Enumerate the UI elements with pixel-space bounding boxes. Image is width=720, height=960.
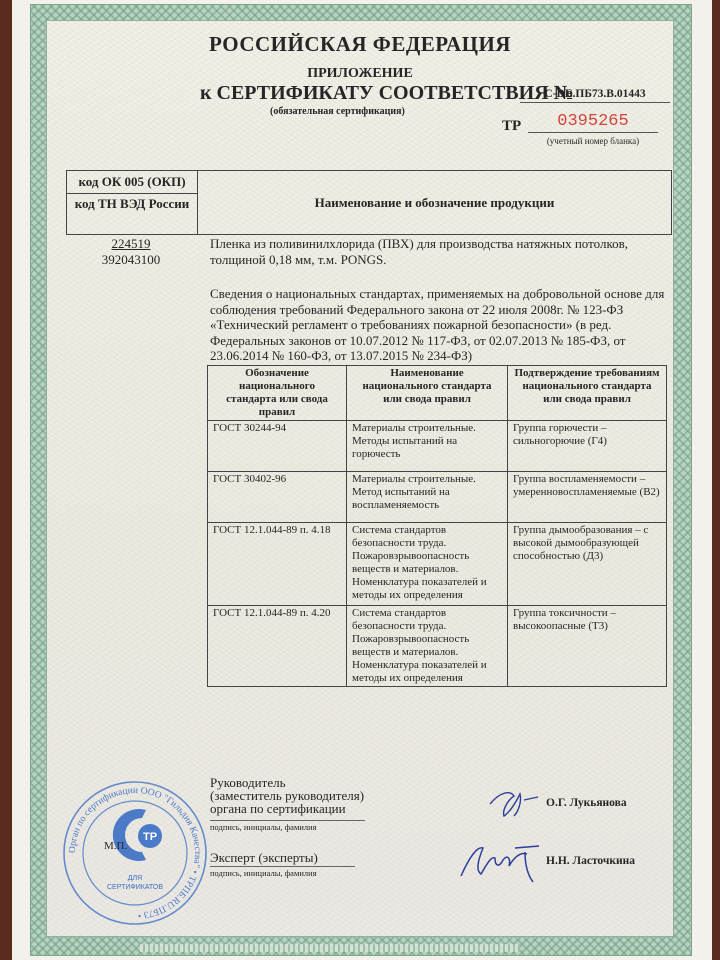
- table-row: ГОСТ 30244-94 Материалы строительные. Ме…: [208, 421, 667, 472]
- product-codes: 224519 392043100: [66, 236, 196, 268]
- expert-name: Н.Н. Ласточкина: [546, 855, 635, 867]
- standards-intro: Сведения о национальных стандартах, прим…: [210, 286, 670, 364]
- okp-code-header: код ОК 005 (ОКП): [67, 171, 197, 194]
- designation-cell: ГОСТ 30402-96: [208, 472, 347, 523]
- name-cell: Система стандартов безопасности труда. П…: [347, 523, 508, 606]
- confirmation-cell: Группа токсичности – высокоопасные (Т3): [508, 606, 667, 687]
- head-signature-caption: подпись, инициалы, фамилия: [210, 820, 365, 832]
- mandatory-note: (обязательная сертификация): [270, 106, 405, 117]
- table-row: ГОСТ 12.1.044-89 п. 4.18 Система стандар…: [208, 523, 667, 606]
- appendix-title: ПРИЛОЖЕНИЕ: [0, 66, 720, 82]
- svg-text:ТР: ТР: [143, 831, 157, 843]
- name-cell: Материалы строительные. Методы испытаний…: [347, 421, 508, 472]
- name-cell: Система стандартов безопасности труда. П…: [347, 606, 508, 687]
- standards-table-header: Обозначение национального стандарта или …: [208, 366, 667, 421]
- blank-number-caption: (учетный номер бланка): [528, 136, 658, 146]
- blank-number: 0395265: [528, 112, 658, 133]
- head-role-line: органа по сертификации: [210, 802, 364, 815]
- country-title: РОССИЙСКАЯ ФЕДЕРАЦИЯ: [0, 32, 720, 57]
- confirmation-cell: Группа воспламеняемости – умеренновоспла…: [508, 472, 667, 523]
- table-row: ГОСТ 30402-96 Материалы строительные. Ме…: [208, 472, 667, 523]
- svg-text:СЕРТИФИКАТОВ: СЕРТИФИКАТОВ: [107, 884, 163, 891]
- certification-stamp: Орган по сертификации ООО "Гильдия Качес…: [62, 780, 208, 926]
- column-header-confirmation: Подтверждение требованиям национального …: [508, 366, 667, 421]
- expert-signature-caption: подпись, инициалы, фамилия: [210, 866, 355, 878]
- product-name-header: Наименование и обозначение продукции: [198, 171, 671, 234]
- standards-table: Обозначение национального стандарта или …: [207, 365, 667, 687]
- head-role: Руководитель (заместитель руководителя) …: [210, 776, 364, 815]
- table-row: ГОСТ 12.1.044-89 п. 4.20 Система стандар…: [208, 606, 667, 687]
- head-name: О.Г. Лукьянова: [546, 797, 627, 809]
- column-header-designation: Обозначение национального стандарта или …: [208, 366, 347, 421]
- designation-cell: ГОСТ 30244-94: [208, 421, 347, 472]
- designation-cell: ГОСТ 12.1.044-89 п. 4.20: [208, 606, 347, 687]
- tnved-code: 392043100: [66, 252, 196, 268]
- product-description: Пленка из поливинилхлорида (ПВХ) для про…: [210, 236, 670, 268]
- confirmation-cell: Группа горючести – сильногорючие (Г4): [508, 421, 667, 472]
- certificate-number: С-DE.ПБ73.В.01443: [520, 88, 670, 103]
- seal-label: М.П.: [104, 840, 127, 852]
- designation-cell: ГОСТ 12.1.044-89 п. 4.18: [208, 523, 347, 606]
- name-cell: Материалы строительные. Метод испытаний …: [347, 472, 508, 523]
- svg-text:ДЛЯ: ДЛЯ: [128, 875, 142, 882]
- code-column-header: код ОК 005 (ОКП) код ТН ВЭД России: [67, 171, 198, 234]
- column-header-name: Наименование национального стандарта или…: [347, 366, 508, 421]
- confirmation-cell: Группа дымообразования – с высокой дымоо…: [508, 523, 667, 606]
- expert-role: Эксперт (эксперты): [210, 850, 318, 866]
- footer-microprint: [140, 944, 520, 952]
- tnved-code-header: код ТН ВЭД России: [67, 194, 197, 212]
- product-header-table: код ОК 005 (ОКП) код ТН ВЭД России Наиме…: [66, 170, 672, 235]
- okp-code: 224519: [66, 236, 196, 252]
- tp-label: ТР: [502, 118, 521, 135]
- certificate-title: к СЕРТИФИКАТУ СООТВЕТСТВИЯ №: [200, 82, 574, 105]
- expert-signature-icon: [455, 838, 545, 886]
